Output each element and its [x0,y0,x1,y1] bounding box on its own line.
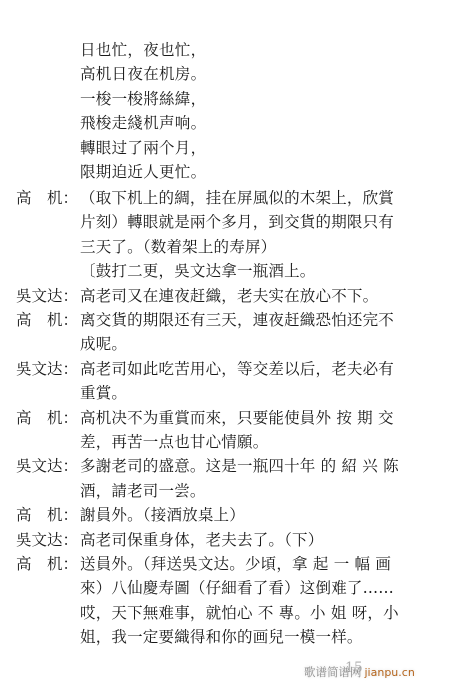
dialogue-entry: 高 机： 謝員外。（接酒放桌上） [16,503,416,527]
speaker-name: 高 机： [16,503,80,527]
watermark-text: 歌谱简谱网 [304,665,362,679]
speech: 离交貨的期限还有三天，連夜赶織恐怕还完不 成呢。 [80,308,416,357]
dialogue-entry: 高 机： 离交貨的期限还有三天，連夜赶織恐怕还完不 成呢。 [16,308,416,357]
speech-line: 差，再苦一点也甘心情願。 [80,430,416,454]
speech-line: 謝員外。（接酒放桌上） [80,503,416,527]
verse-line: 一梭一梭將絲緯， [80,87,206,111]
speech: （取下机上的綢，挂在屏風似的木架上，欣賞 片刻）轉眼就是兩个多月，到交貨的期限只… [80,186,416,259]
speech: 謝員外。（接酒放桌上） [80,503,416,527]
speech-line: 成呢。 [80,332,416,356]
speech-line: 高老司又在連夜赶織，老夫实在放心不下。 [80,284,416,308]
dialogue-entry: 吳文达： 多謝老司的盛意。这是一瓶四十年 的 紹 兴 陈 酒，請老司一尝。 [16,454,416,503]
speech: 〔鼓打二更，吳文达拿一瓶酒上。 [80,259,416,283]
speech-line: 高机决不为重賞而來，只要能使員外 按 期 交 [80,406,416,430]
speaker-name: 吳文达： [16,357,80,381]
speech: 多謝老司的盛意。这是一瓶四十年 的 紹 兴 陈 酒，請老司一尝。 [80,454,416,503]
dialogue-entry: 吳文达： 高老司又在連夜赶織，老夫实在放心不下。 [16,284,416,308]
document-page: 日也忙，夜也忙， 高机日夜在机房。 一梭一梭將絲緯， 飛梭走綫机声响。 轉眼过了… [0,0,454,690]
watermark-url: jianpu.cn [365,666,415,679]
dialogue-entry: 吳文达： 高老司如此吃苦用心，等交差以后，老夫必有 重賞。 [16,357,416,406]
speech-line: 片刻）轉眼就是兩个多月，到交貨的期限只有 [80,210,416,234]
verse-line: 日也忙，夜也忙， [80,38,206,62]
speech: 送員外。（拜送吳文达。少頃，拿 起 一 幅 画 來）八仙慶寿圖（仔細看了看）这倒… [80,552,416,650]
dialogue-entry: 高 机： （取下机上的綢，挂在屏風似的木架上，欣賞 片刻）轉眼就是兩个多月，到交… [16,186,416,259]
speaker-name: 高 机： [16,186,80,210]
speech: 高老司又在連夜赶織，老夫实在放心不下。 [80,284,416,308]
script-dialogue: 高 机： （取下机上的綢，挂在屏風似的木架上，欣賞 片刻）轉眼就是兩个多月，到交… [16,186,416,649]
speech-line: 高老司保重身体，老夫去了。（下） [80,528,416,552]
speech-line: 來）八仙慶寿圖（仔細看了看）这倒难了…… [80,576,416,600]
speaker-name: 吳文达： [16,284,80,308]
speaker-name: 吳文达： [16,454,80,478]
speech-line: 送員外。（拜送吳文达。少頃，拿 起 一 幅 画 [80,552,416,576]
speech: 高机决不为重賞而來，只要能使員外 按 期 交 差，再苦一点也甘心情願。 [80,406,416,455]
speech: 高老司如此吃苦用心，等交差以后，老夫必有 重賞。 [80,357,416,406]
speech-line: 离交貨的期限还有三天，連夜赶織恐怕还完不 [80,308,416,332]
speaker-name: 吳文达： [16,528,80,552]
speaker-name: 高 机： [16,552,80,576]
speech-line: （取下机上的綢，挂在屏風似的木架上，欣賞 [80,186,416,210]
verse-line: 高机日夜在机房。 [80,62,206,86]
speech-line: 高老司如此吃苦用心，等交差以后，老夫必有 [80,357,416,381]
verse-line: 限期迫近人更忙。 [80,160,206,184]
dialogue-entry: 高 机： 高机决不为重賞而來，只要能使員外 按 期 交 差，再苦一点也甘心情願。 [16,406,416,455]
speech-line: 多謝老司的盛意。这是一瓶四十年 的 紹 兴 陈 [80,454,416,478]
speaker-name: 高 机： [16,406,80,430]
speech-line: 姐，我一定要織得和你的画兒一模一样。 [80,625,416,649]
verse-line: 轉眼过了兩个月， [80,136,206,160]
dialogue-entry: 高 机： 送員外。（拜送吳文达。少頃，拿 起 一 幅 画 來）八仙慶寿圖（仔細看… [16,552,416,650]
speaker-name: 高 机： [16,308,80,332]
verse-line: 飛梭走綫机声响。 [80,111,206,135]
speech-line: 酒，請老司一尝。 [80,479,416,503]
verse-block: 日也忙，夜也忙， 高机日夜在机房。 一梭一梭將絲緯， 飛梭走綫机声响。 轉眼过了… [80,38,206,184]
speech-line: 重賞。 [80,381,416,405]
speech-line: 〔鼓打二更，吳文达拿一瓶酒上。 [80,259,416,283]
speech: 高老司保重身体，老夫去了。（下） [80,528,416,552]
dialogue-entry: 吳文达： 高老司保重身体，老夫去了。（下） [16,528,416,552]
watermark: 歌谱简谱网jianpu.cn [304,664,415,680]
speech-line: 哎，天下無难事，就怕心 不 專。小 姐 呀，小 [80,601,416,625]
stage-direction: 〔鼓打二更，吳文达拿一瓶酒上。 [16,259,416,283]
speech-line: 三天了。（数着架上的寿屏） [80,235,416,259]
